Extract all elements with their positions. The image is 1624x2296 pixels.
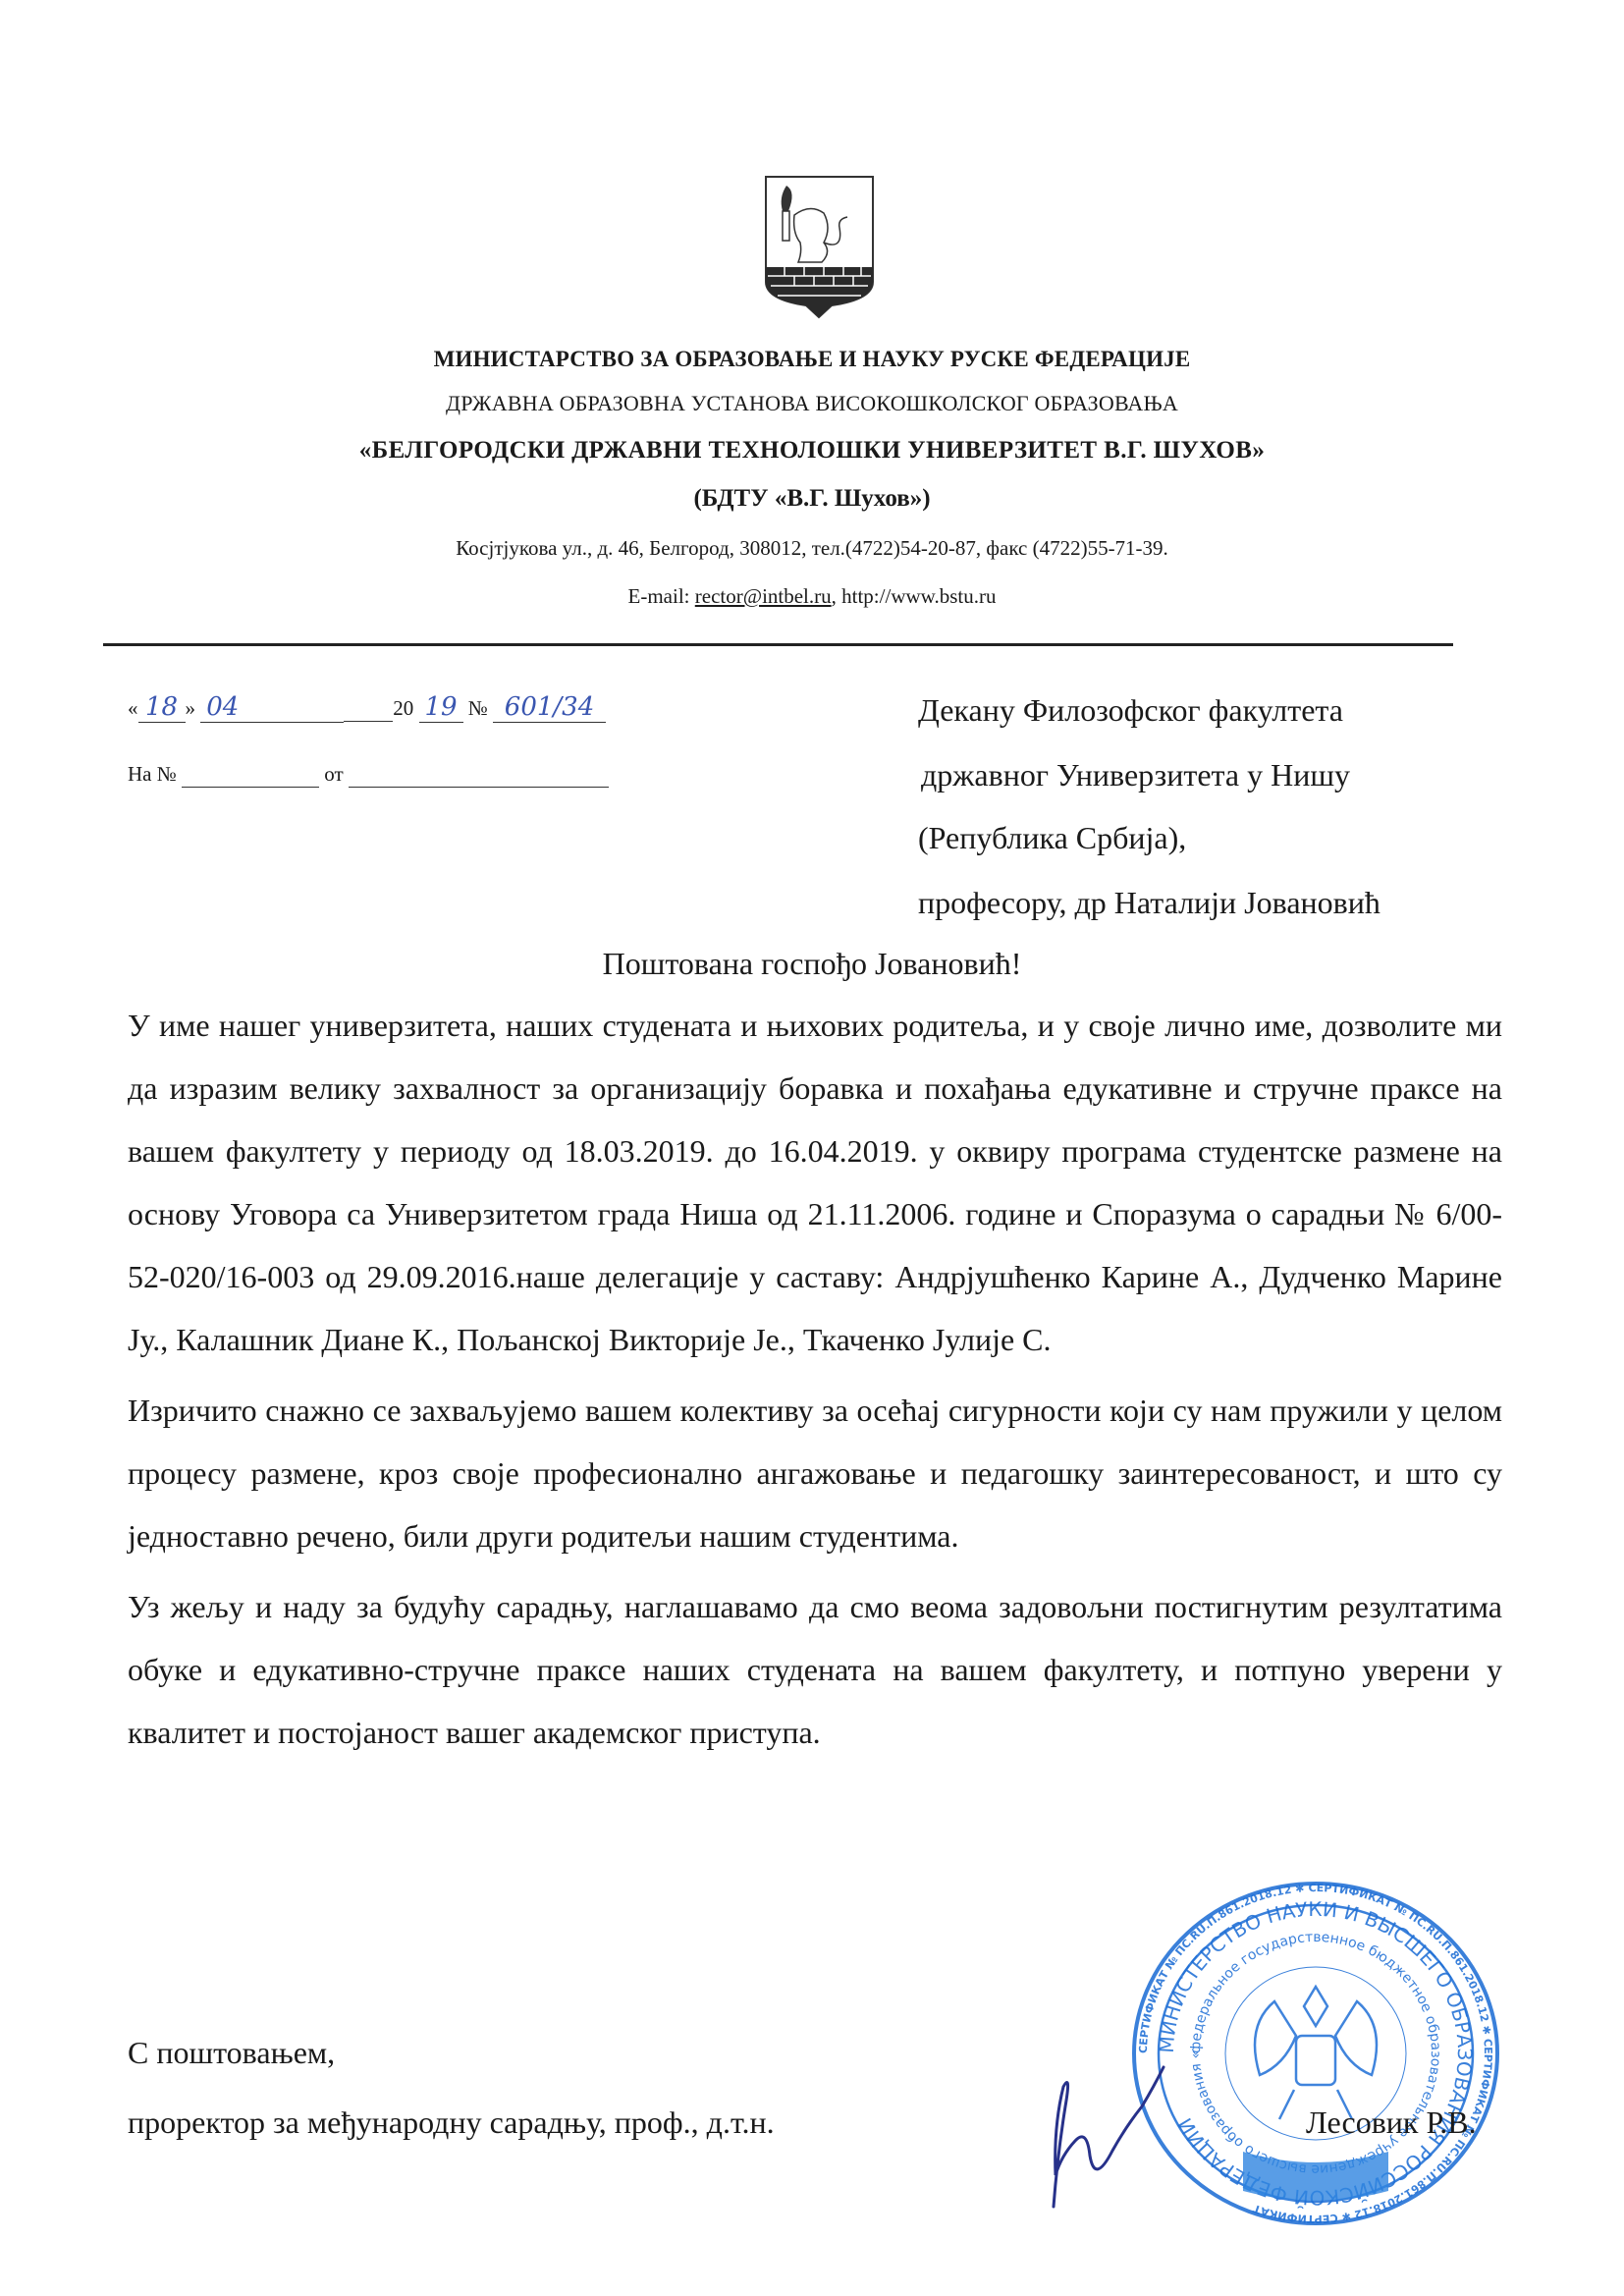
addressee-line-4: професору, др Наталији Јовановић bbox=[918, 887, 1380, 918]
date-day: 18 bbox=[138, 692, 186, 723]
coat-of-arms-icon bbox=[763, 174, 876, 319]
email-label: E-mail: bbox=[628, 584, 695, 608]
body-paragraph-2: Изричито снажно се захваљујемо вашем кол… bbox=[128, 1379, 1502, 1567]
header-divider bbox=[103, 643, 1453, 646]
ministry-heading: МИНИСТАРСТВО ЗА ОБРАЗОВАЊЕ И НАУКУ РУСКЕ… bbox=[0, 347, 1624, 372]
contact-line: E-mail: rector@intbel.ru, http://www.bst… bbox=[0, 584, 1624, 609]
year-prefix: 20 bbox=[393, 696, 413, 720]
reply-date-field bbox=[349, 762, 609, 788]
addressee-line-1: Декану Филозофског факултета bbox=[918, 694, 1343, 726]
outgoing-registration: «18» 04 20 19 № 601/34 bbox=[128, 692, 606, 723]
body-paragraph-3: Уз жељу и наду за будућу сарадњу, наглаш… bbox=[128, 1575, 1502, 1764]
institution-type: ДРЖАВНА ОБРАЗОВНА УСТАНОВА ВИСОКОШКОЛСКО… bbox=[0, 391, 1624, 416]
date-month: 04 bbox=[200, 692, 344, 723]
signatory-name: Лесовик Р.В. bbox=[1306, 2105, 1477, 2141]
reply-label: На № bbox=[128, 762, 177, 786]
email-link[interactable]: rector@intbel.ru bbox=[695, 584, 832, 608]
website-link[interactable]: , http://www.bstu.ru bbox=[832, 584, 997, 608]
letter-body: У име нашег универзитета, наших студенат… bbox=[128, 994, 1502, 1772]
from-label: от bbox=[324, 762, 343, 786]
closing-regards: С поштовањем, bbox=[128, 2035, 335, 2071]
quote-close: » bbox=[186, 696, 196, 720]
addressee-line-3: (Република Србија), bbox=[918, 822, 1186, 853]
university-abbreviation: (БДТУ «В.Г. Шухов») bbox=[0, 485, 1624, 513]
body-paragraph-1: У име нашег универзитета, наших студенат… bbox=[128, 994, 1502, 1371]
quote-open: « bbox=[128, 696, 138, 720]
university-name: «БЕЛГОРОДСКИ ДРЖАВНИ ТЕХНОЛОШКИ УНИВЕРЗИ… bbox=[0, 437, 1624, 465]
signatory-position: проректор за међународну сарадњу, проф.,… bbox=[128, 2105, 775, 2141]
incoming-reference: На № от bbox=[128, 762, 609, 788]
document-number: 601/34 bbox=[493, 692, 606, 723]
date-year: 19 bbox=[419, 692, 463, 723]
number-label: № bbox=[468, 696, 488, 720]
salutation: Поштована госпођо Јовановић! bbox=[0, 946, 1624, 982]
addressee-line-2: државног Универзитета у Нишу bbox=[921, 759, 1350, 791]
university-address: Косјтјукова ул., д. 46, Белгород, 308012… bbox=[0, 536, 1624, 561]
reply-number-field bbox=[182, 762, 319, 788]
signature-icon bbox=[1036, 2048, 1193, 2210]
